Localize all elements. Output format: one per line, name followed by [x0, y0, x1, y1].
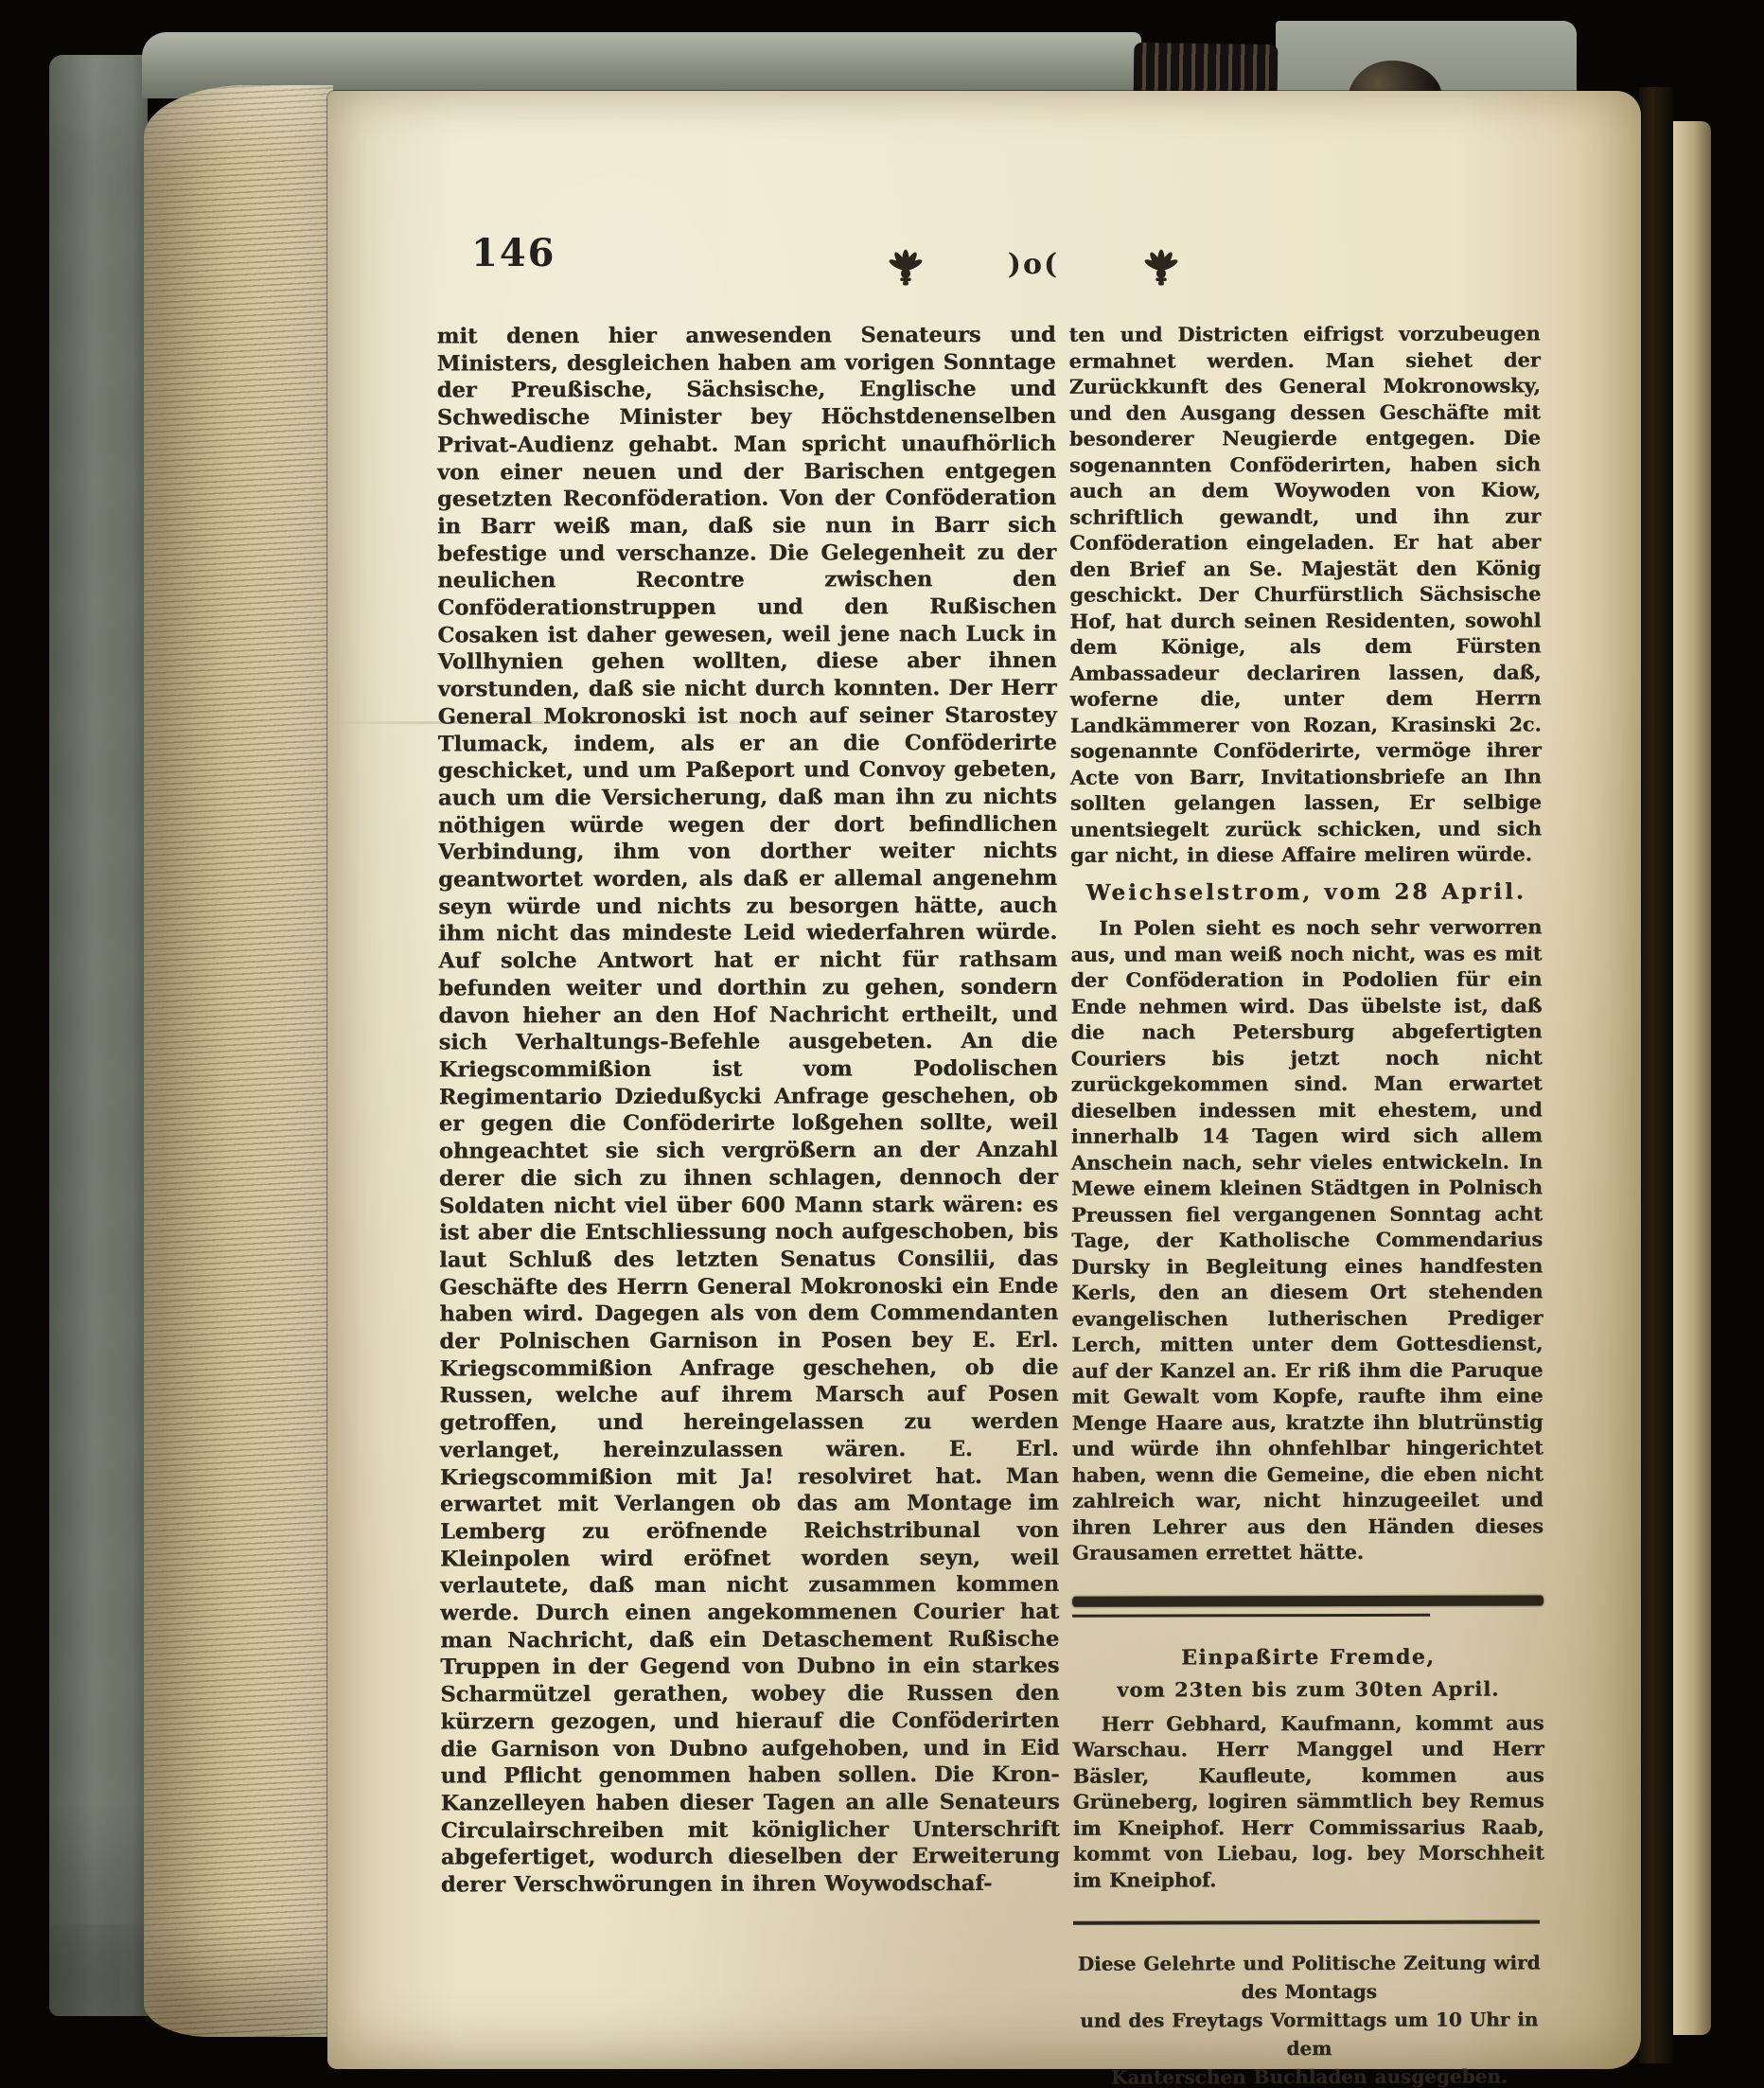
colophon-line: Diese Gelehrte und Politische Zeitung wi… — [1073, 1948, 1544, 2006]
underlying-page-edge — [1673, 121, 1711, 2035]
section-subheading-fremde: vom 23ten bis zum 30ten April. — [1072, 1675, 1543, 1703]
weichselstrom-paragraph: In Polen sieht es noch sehr verworren au… — [1070, 913, 1543, 1566]
left-column-paragraph: mit denen hier anwesenden Senateurs und … — [437, 322, 1060, 1899]
colophon-line: und des Freytags Vormittags um 10 Uhr in… — [1073, 2005, 1544, 2062]
colophon: Diese Gelehrte und Politische Zeitung wi… — [1073, 1948, 1544, 2088]
colophon-line: Kanterschen Buchladen ausgegeben. — [1073, 2061, 1544, 2088]
page-gutter-shadow — [1639, 87, 1673, 2063]
page-number: 146 — [471, 231, 556, 275]
scanned-page: 146 )o( — [327, 91, 1641, 2069]
divider-bar — [1072, 1595, 1543, 1606]
fremde-paragraph: Herr Gebhard, Kaufmann, kommt aus Warsch… — [1072, 1709, 1544, 1893]
section-divider-thin — [1073, 1920, 1540, 1924]
page-edge-stack — [144, 85, 333, 2037]
section-heading-fremde: Einpaßirte Fremde, — [1072, 1644, 1543, 1672]
shell-ornament-icon — [1139, 245, 1183, 289]
header-divider: )o( — [1008, 248, 1059, 281]
text-columns: mit denen hier anwesenden Senateurs und … — [437, 320, 1545, 2088]
shell-ornament-icon — [884, 245, 927, 289]
left-column: mit denen hier anwesenden Senateurs und … — [437, 322, 1061, 2088]
book-photograph: 146 )o( — [0, 0, 1764, 2088]
continuation-paragraph: ten und Districten eifrigst vorzubeugen … — [1069, 320, 1543, 868]
right-column: ten und Districten eifrigst vorzubeugen … — [1069, 320, 1545, 2088]
book-cover-left — [49, 55, 148, 2016]
section-heading-weichselstrom: Weichselstrom, vom 28 April. — [1070, 878, 1542, 906]
header-ornaments: )o( — [884, 244, 1183, 290]
divider-line — [1072, 1613, 1430, 1617]
section-divider-heavy — [1072, 1595, 1543, 1617]
